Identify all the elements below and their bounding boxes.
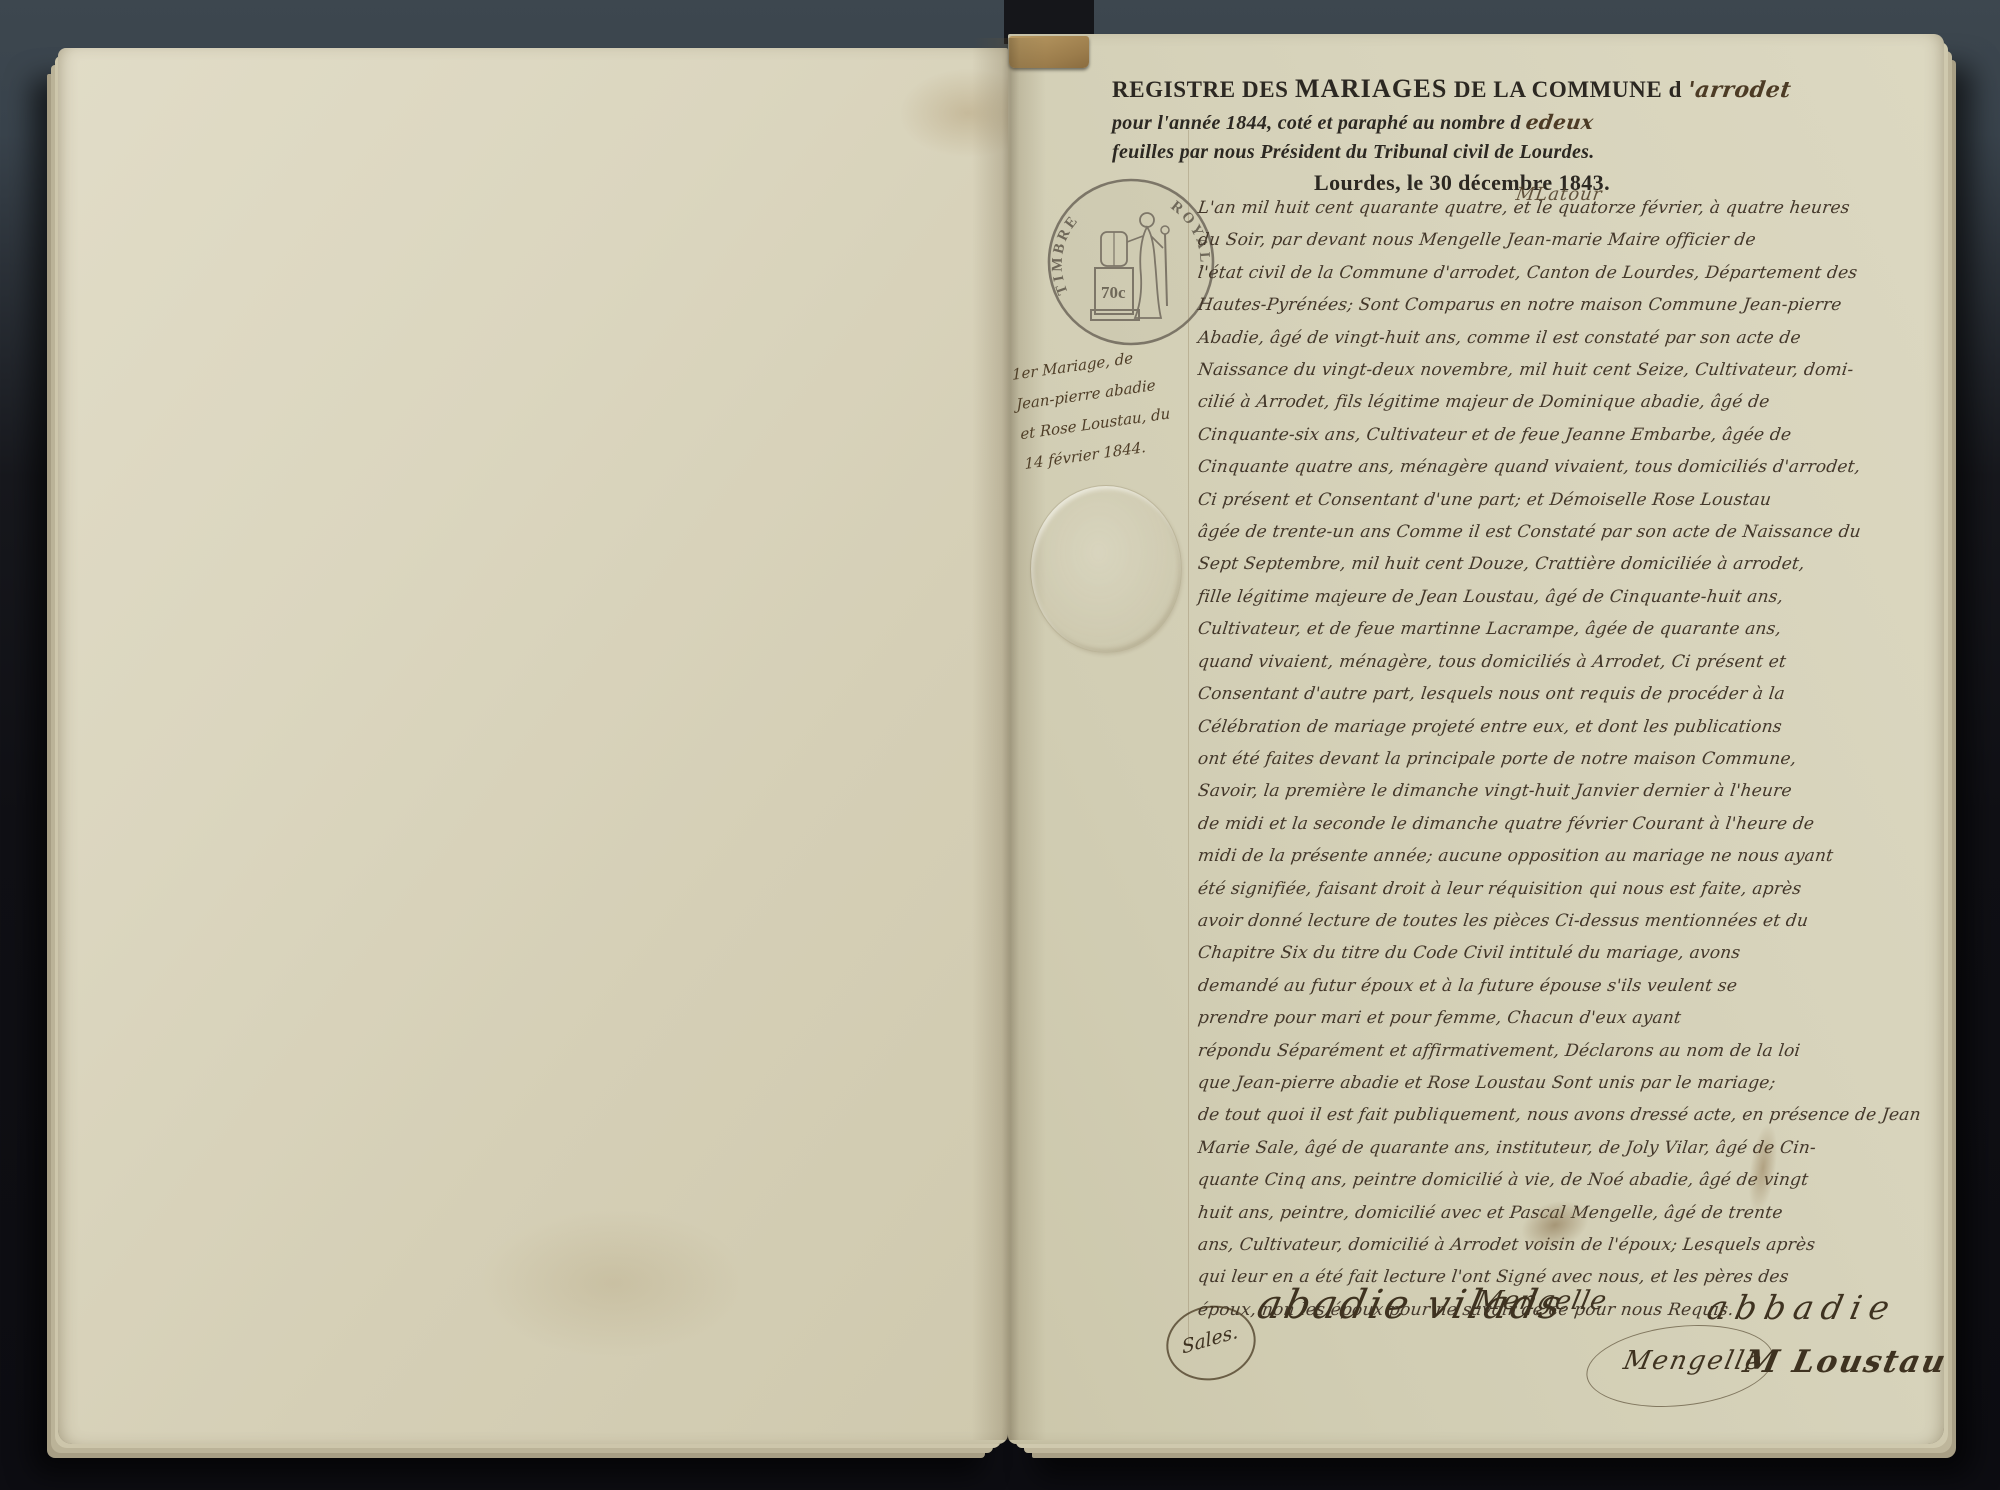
act-body-line: demandé au futur époux et à la future ép… [1196, 970, 1945, 1002]
sheet-count-handwritten: edeux [1524, 110, 1595, 134]
archival-photo-background: REGISTRE DES MARIAGES DE LA COMMUNE d 'a… [0, 0, 2000, 1490]
paper-stain [478, 1208, 748, 1358]
left-blank-page [58, 48, 1008, 1444]
act-body-line: quante Cinq ans, peintre domicilié à vie… [1196, 1164, 1945, 1196]
commune-name-handwritten: 'arrodet [1687, 77, 1794, 103]
act-body-line: âgée de trente-un ans Comme il est Const… [1196, 516, 1945, 548]
title-part-1: REGISTRE DES [1112, 77, 1289, 102]
act-body-line: Ci présent et Consentant d'une part; et … [1196, 484, 1945, 516]
act-body-line: Savoir, la première le dimanche vingt-hu… [1196, 775, 1945, 807]
signature-loustau: M Loustau [1740, 1344, 1950, 1380]
act-body-line: Sept Septembre, mil huit cent Douze, Cra… [1196, 548, 1945, 580]
act-body-line: du Soir, par devant nous Mengelle Jean-m… [1196, 224, 1945, 256]
act-body-line: fille légitime majeure de Jean Loustau, … [1196, 581, 1945, 613]
title-part-mariages: MARIAGES [1295, 74, 1448, 103]
act-body-line: ont été faites devant la principale port… [1196, 743, 1945, 775]
act-body-line: l'état civil de la Commune d'arrodet, Ca… [1196, 257, 1945, 289]
binding-leather-patch [1009, 36, 1089, 68]
act-body-line: midi de la présente année; aucune opposi… [1196, 840, 1945, 872]
register-title: REGISTRE DES MARIAGES DE LA COMMUNE d 'a… [1112, 74, 1872, 104]
act-body-line: Naissance du vingt-deux novembre, mil hu… [1196, 354, 1945, 386]
margin-rule [1188, 130, 1189, 1346]
registry-page: REGISTRE DES MARIAGES DE LA COMMUNE d 'a… [1008, 34, 1944, 1444]
act-body-line: Marie Sale, âgé de quarante ans, institu… [1196, 1132, 1945, 1164]
act-body-line: de midi et la seconde le dimanche quatre… [1196, 808, 1945, 840]
act-body-line: Cultivateur, et de feue martinne Lacramp… [1196, 613, 1945, 645]
printed-header: REGISTRE DES MARIAGES DE LA COMMUNE d 'a… [1112, 74, 1872, 196]
act-body-line: que Jean-pierre abadie et Rose Loustau S… [1196, 1067, 1945, 1099]
act-body-line: Hautes-Pyrénées; Sont Comparus en notre … [1196, 289, 1945, 321]
act-body-line: avoir donné lecture de toutes les pièces… [1196, 905, 1945, 937]
header-line-2: pour l'année 1844, coté et paraphé au no… [1112, 110, 1872, 135]
act-body-line: répondu Séparément et affirmativement, D… [1196, 1035, 1945, 1067]
act-body-line: prendre pour mari et pour femme, Chacun … [1196, 1002, 1945, 1034]
act-body-line: été signifiée, faisant droit à leur réqu… [1196, 873, 1945, 905]
stamp-value: 70c [1101, 283, 1126, 302]
act-body-line: ans, Cultivateur, domicilié à Arrodet vo… [1196, 1229, 1945, 1261]
act-body-line: Célébration de mariage projeté entre eux… [1196, 711, 1945, 743]
act-body-line: Consentant d'autre part, lesquels nous o… [1196, 678, 1945, 710]
act-body-line: Abadie, âgé de vingt-huit ans, comme il … [1196, 322, 1945, 354]
signature-sales: Sales. [1181, 1317, 1253, 1359]
act-body-line: Cinquante quatre ans, ménagère quand viv… [1196, 451, 1945, 483]
act-body-line: quand vivaient, ménagère, tous domicilié… [1196, 646, 1945, 678]
header-line-2-printed: pour l'année 1844, coté et paraphé au no… [1112, 112, 1521, 134]
act-body-line: huit ans, peintre, domicilié avec et Pas… [1196, 1197, 1945, 1229]
signature-mengelle-1: Mengelle [1473, 1286, 1610, 1316]
title-part-2: DE LA COMMUNE d [1454, 77, 1682, 102]
act-body-line: L'an mil huit cent quarante quatre, et l… [1196, 192, 1945, 224]
act-body: L'an mil huit cent quarante quatre, et l… [1196, 192, 1941, 1326]
act-body-line: cilié à Arrodet, fils légitime majeur de… [1196, 386, 1945, 418]
act-body-line: de tout quoi il est fait publiquement, n… [1196, 1099, 1945, 1131]
timbre-royal-stamp: TIMBRE ROYAL. 70c [1045, 176, 1217, 348]
margin-annotation: 1er Mariage, deJean-pierre abadieet Rose… [1010, 334, 1211, 479]
signature-abbadie: abbadie [1704, 1288, 1901, 1327]
header-line-3: feuilles par nous Président du Tribunal … [1112, 141, 1872, 164]
act-body-line: Chapitre Six du titre du Code Civil inti… [1196, 937, 1945, 969]
act-body-line: Cinquante-six ans, Cultivateur et de feu… [1196, 419, 1945, 451]
embossed-seal [1030, 485, 1182, 653]
